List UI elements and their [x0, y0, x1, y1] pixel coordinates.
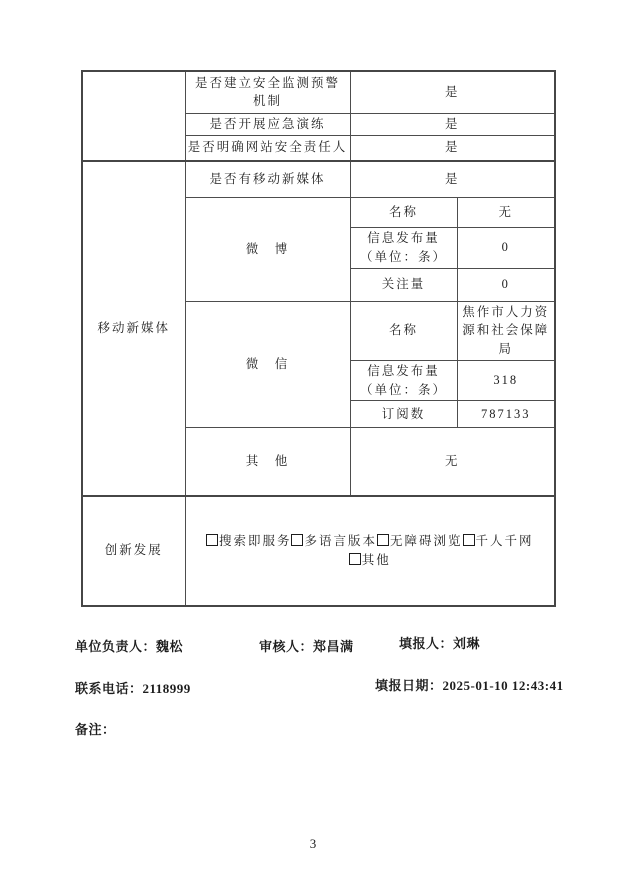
fill-date-value: 2025-01-10 12:43:41 — [443, 678, 564, 693]
option-label: 无障碍浏览 — [390, 534, 463, 548]
weibo-posts-value: 0 — [457, 227, 555, 268]
table-row: 移动新媒体 是否有移动新媒体 是 — [82, 161, 555, 197]
other-media-label: 其 他 — [185, 428, 350, 496]
checkbox-multilingual[interactable] — [291, 534, 303, 546]
reviewer-label: 审核人： — [259, 639, 313, 654]
empty-section-cell — [82, 71, 185, 161]
reviewer-value: 郑昌满 — [313, 639, 354, 654]
weibo-followers-value: 0 — [457, 268, 555, 301]
option-label: 千人千网 — [476, 534, 534, 548]
emergency-drill-label: 是否开展应急演练 — [185, 113, 350, 135]
wechat-subscribers-label: 订阅数 — [350, 401, 457, 428]
other-media-value: 无 — [350, 428, 555, 496]
wechat-posts-value: 318 — [457, 360, 555, 401]
emergency-drill-value: 是 — [350, 113, 555, 135]
table-row: 是否建立安全监测预警 机制 是 — [82, 71, 555, 113]
wechat-name-label: 名称 — [350, 301, 457, 360]
remarks-label: 备注： — [75, 722, 116, 737]
has-mobile-media-value: 是 — [350, 161, 555, 197]
weibo-posts-label: 信息发布量 （单位：条） — [350, 227, 457, 268]
checkbox-accessibility[interactable] — [377, 534, 389, 546]
wechat-label: 微 信 — [185, 301, 350, 428]
table-row: 创新发展 搜索即服务多语言版本无障碍浏览千人千网其他 — [82, 496, 555, 606]
checkbox-search-as-service[interactable] — [206, 534, 218, 546]
innovation-options: 搜索即服务多语言版本无障碍浏览千人千网其他 — [185, 496, 555, 606]
checkbox-qianren-qianwang[interactable] — [463, 534, 475, 546]
weibo-label: 微 博 — [185, 197, 350, 301]
has-mobile-media-label: 是否有移动新媒体 — [185, 161, 350, 197]
checkbox-other[interactable] — [349, 553, 361, 565]
wechat-name-value: 焦作市人力资源和社会保障局 — [457, 301, 555, 360]
wechat-subscribers-value: 787133 — [457, 401, 555, 428]
phone-value: 2118999 — [143, 681, 191, 696]
phone-label: 联系电话： — [75, 681, 143, 696]
security-monitor-label: 是否建立安全监测预警 机制 — [185, 71, 350, 113]
remarks: 备注： — [75, 719, 116, 738]
fill-date: 填报日期：2025-01-10 12:43:41 — [375, 675, 564, 694]
mobile-media-section-label: 移动新媒体 — [82, 161, 185, 496]
filler-value: 刘琳 — [453, 636, 480, 651]
security-monitor-value: 是 — [350, 71, 555, 113]
weibo-name-value: 无 — [457, 197, 555, 227]
option-label: 搜索即服务 — [219, 534, 292, 548]
innovation-section-label: 创新发展 — [82, 496, 185, 606]
report-page: 是否建立安全监测预警 机制 是 是否开展应急演练 是 是否明确网站安全责任人 是… — [0, 0, 626, 892]
security-officer-label: 是否明确网站安全责任人 — [185, 135, 350, 161]
security-officer-value: 是 — [350, 135, 555, 161]
unit-head-label: 单位负责人： — [75, 639, 156, 654]
reviewer: 审核人：郑昌满 — [259, 636, 354, 655]
contact-phone: 联系电话：2118999 — [75, 678, 191, 697]
filler-label: 填报人： — [399, 636, 453, 651]
unit-head: 单位负责人：魏松 — [75, 636, 183, 655]
weibo-name-label: 名称 — [350, 197, 457, 227]
annual-report-table: 是否建立安全监测预警 机制 是 是否开展应急演练 是 是否明确网站安全责任人 是… — [81, 70, 556, 607]
unit-head-value: 魏松 — [156, 639, 183, 654]
option-label: 其他 — [362, 553, 391, 567]
fill-date-label: 填报日期： — [375, 678, 443, 693]
weibo-followers-label: 关注量 — [350, 268, 457, 301]
option-label: 多语言版本 — [304, 534, 377, 548]
filler: 填报人：刘琳 — [399, 633, 480, 652]
wechat-posts-label: 信息发布量 （单位：条） — [350, 360, 457, 401]
page-number: 3 — [0, 836, 626, 852]
